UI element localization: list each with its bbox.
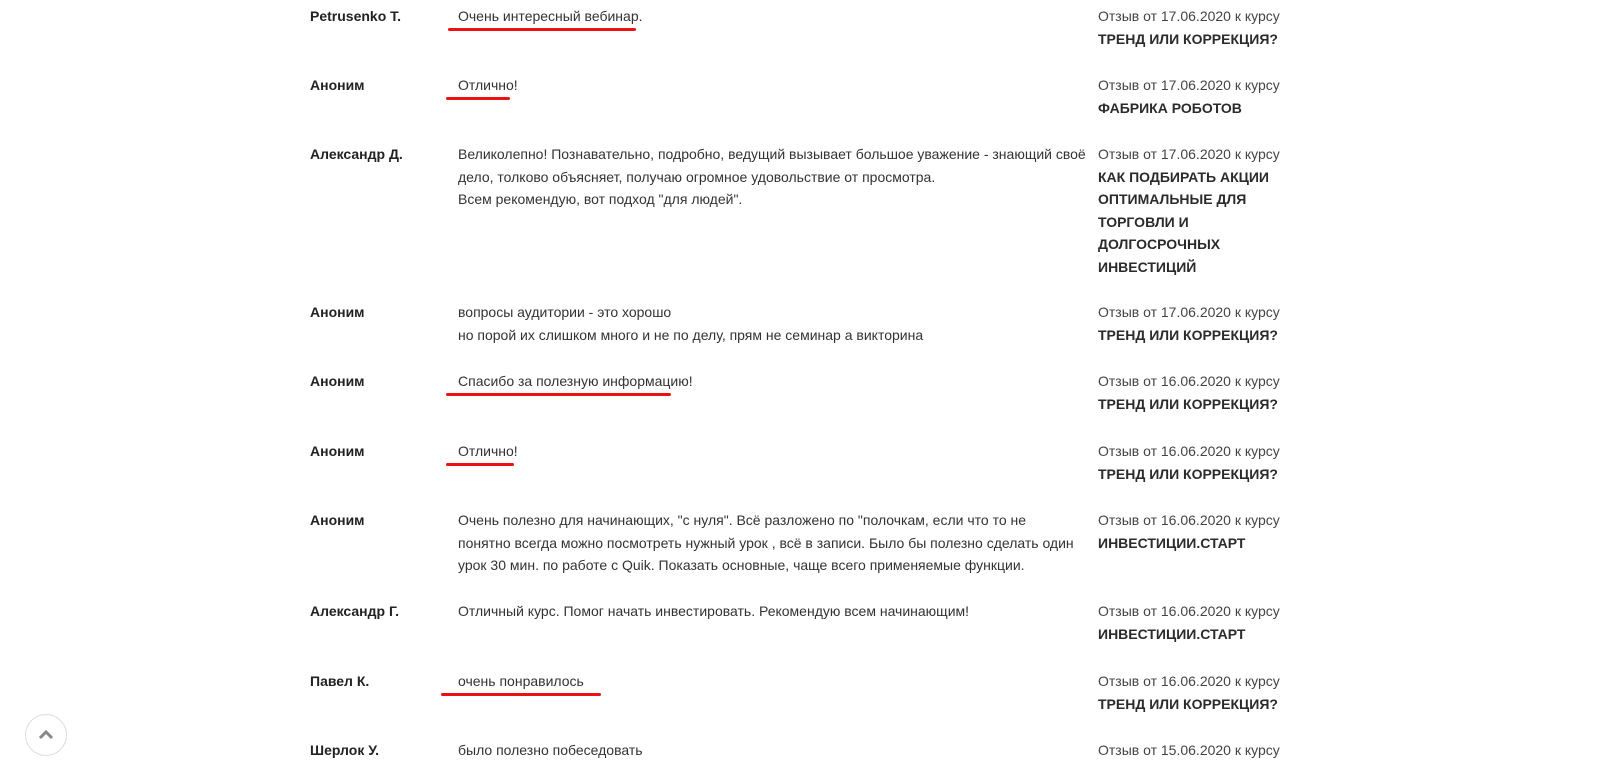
highlight-underline xyxy=(448,28,636,31)
course-link[interactable]: ТРЕНД ИЛИ КОРРЕКЦИЯ? xyxy=(1098,393,1288,416)
course-link[interactable]: КАК ПОДБИРАТЬ АКЦИИ ОПТИМАЛЬНЫЕ ДЛЯ ТОРГ… xyxy=(1098,166,1288,279)
review-text-line: Великолепно! Познавательно, подробно, ве… xyxy=(458,143,1073,166)
review-text: было полезно побеседовать xyxy=(458,739,1073,762)
review-text-line: Отличный курс. Помог начать инвестироват… xyxy=(458,600,1073,623)
review-text-line: было полезно побеседовать xyxy=(458,739,1073,762)
review-text-line: урок 30 мин. по работе с Quik. Показать … xyxy=(458,554,1073,577)
review-text-line: Отлично! xyxy=(458,74,1073,97)
course-link[interactable]: ТРЕНД ИЛИ КОРРЕКЦИЯ? xyxy=(1098,693,1288,716)
review-text-line: понятно всегда можно посмотреть нужный у… xyxy=(458,532,1073,555)
review-text-line: Всем рекомендую, вот подход "для людей". xyxy=(458,188,1073,211)
review-author: Александр Д. xyxy=(310,143,450,165)
review-text: Отлично! xyxy=(458,74,1073,97)
review-date: Отзыв от 16.06.2020 к курсу xyxy=(1098,440,1288,463)
review-text-line: Отлично! xyxy=(458,440,1073,463)
review-date: Отзыв от 16.06.2020 к курсу xyxy=(1098,509,1288,532)
review-author: Шерлок У. xyxy=(310,739,450,761)
highlight-underline xyxy=(446,463,514,466)
review-text: Отлично! xyxy=(458,440,1073,463)
review-text-line: очень понравилось xyxy=(458,670,1073,693)
review-text-line: Очень интересный вебинар. xyxy=(458,5,1073,28)
review-text-line: но порой их слишком много и не по делу, … xyxy=(458,324,1073,347)
highlight-underline xyxy=(446,393,671,396)
review-date: Отзыв от 17.06.2020 к курсу xyxy=(1098,5,1288,28)
review-meta: Отзыв от 16.06.2020 к курсуИНВЕСТИЦИИ.СТ… xyxy=(1098,509,1288,554)
review-meta: Отзыв от 16.06.2020 к курсуИНВЕСТИЦИИ.СТ… xyxy=(1098,600,1288,645)
review-text: очень понравилось xyxy=(458,670,1073,693)
review-text: Отличный курс. Помог начать инвестироват… xyxy=(458,600,1073,623)
review-text: вопросы аудитории - это хорошоно порой и… xyxy=(458,301,1073,346)
review-date: Отзыв от 17.06.2020 к курсу xyxy=(1098,74,1288,97)
review-meta: Отзыв от 17.06.2020 к курсуТРЕНД ИЛИ КОР… xyxy=(1098,301,1288,346)
course-link[interactable]: ТРЕНД ИЛИ КОРРЕКЦИЯ? xyxy=(1098,463,1288,486)
review-date: Отзыв от 17.06.2020 к курсу xyxy=(1098,301,1288,324)
highlight-underline xyxy=(441,693,601,696)
course-link[interactable]: ТРЕНД ИЛИ КОРРЕКЦИЯ? xyxy=(1098,324,1288,347)
scroll-to-top-button[interactable] xyxy=(25,714,67,756)
review-date: Отзыв от 16.06.2020 к курсу xyxy=(1098,670,1288,693)
review-date: Отзыв от 17.06.2020 к курсу xyxy=(1098,143,1288,166)
review-meta: Отзыв от 16.06.2020 к курсуТРЕНД ИЛИ КОР… xyxy=(1098,670,1288,715)
review-date: Отзыв от 15.06.2020 к курсу xyxy=(1098,739,1288,762)
review-author: Павел К. xyxy=(310,670,450,692)
highlight-underline xyxy=(446,97,510,100)
review-meta: Отзыв от 15.06.2020 к курсу xyxy=(1098,739,1288,762)
review-text: Очень полезно для начинающих, "с нуля". … xyxy=(458,509,1073,577)
review-text-line: Очень полезно для начинающих, "с нуля". … xyxy=(458,509,1073,532)
course-link[interactable]: ФАБРИКА РОБОТОВ xyxy=(1098,97,1288,120)
review-date: Отзыв от 16.06.2020 к курсу xyxy=(1098,600,1288,623)
review-meta: Отзыв от 16.06.2020 к курсуТРЕНД ИЛИ КОР… xyxy=(1098,440,1288,485)
review-text-line: вопросы аудитории - это хорошо xyxy=(458,301,1073,324)
review-author: Petrusenko T. xyxy=(310,5,450,27)
review-author: Аноним xyxy=(310,440,450,462)
review-author: Аноним xyxy=(310,509,450,531)
review-text-line: Спасибо за полезную информацию! xyxy=(458,370,1073,393)
review-meta: Отзыв от 17.06.2020 к курсуФАБРИКА РОБОТ… xyxy=(1098,74,1288,119)
chevron-up-icon xyxy=(38,728,54,740)
review-text-line: дело, толково объясняет, получаю огромно… xyxy=(458,166,1073,189)
review-meta: Отзыв от 16.06.2020 к курсуТРЕНД ИЛИ КОР… xyxy=(1098,370,1288,415)
review-text: Очень интересный вебинар. xyxy=(458,5,1073,28)
review-meta: Отзыв от 17.06.2020 к курсуКАК ПОДБИРАТЬ… xyxy=(1098,143,1288,278)
review-meta: Отзыв от 17.06.2020 к курсуТРЕНД ИЛИ КОР… xyxy=(1098,5,1288,50)
review-text: Спасибо за полезную информацию! xyxy=(458,370,1073,393)
course-link[interactable]: ИНВЕСТИЦИИ.СТАРТ xyxy=(1098,532,1288,555)
review-author: Аноним xyxy=(310,74,450,96)
review-author: Аноним xyxy=(310,301,450,323)
review-text: Великолепно! Познавательно, подробно, ве… xyxy=(458,143,1073,211)
course-link[interactable]: ТРЕНД ИЛИ КОРРЕКЦИЯ? xyxy=(1098,28,1288,51)
review-date: Отзыв от 16.06.2020 к курсу xyxy=(1098,370,1288,393)
review-author: Аноним xyxy=(310,370,450,392)
course-link[interactable]: ИНВЕСТИЦИИ.СТАРТ xyxy=(1098,623,1288,646)
review-author: Александр Г. xyxy=(310,600,450,622)
